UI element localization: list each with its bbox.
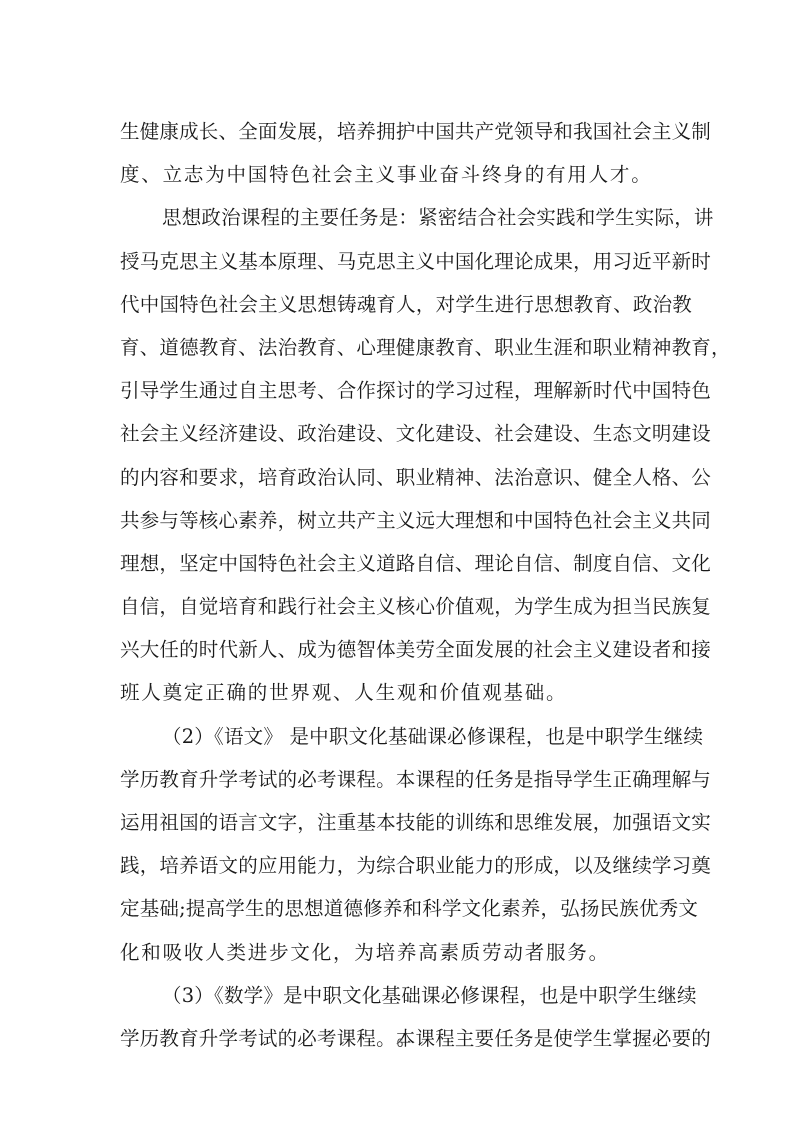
text-line: 生健康成长、全面发展，培养拥护中国共产党领导和我国社会主义制 xyxy=(120,110,692,153)
paragraph-continuation: 生健康成长、全面发展，培养拥护中国共产党领导和我国社会主义制 度、立志为中国特色… xyxy=(120,110,692,196)
paragraph-politics-tasks: 思想政治课程的主要任务是：紧密结合社会实践和学生实际，讲 授马克思主义基本原理、… xyxy=(120,196,692,714)
text-line: 引导学生通过自主思考、合作探讨的学习过程，理解新时代中国特色 xyxy=(120,369,692,412)
text-line: 思想政治课程的主要任务是：紧密结合社会实践和学生实际，讲 xyxy=(120,196,692,239)
text-line: 兴大任的时代新人、成为德智体美劳全面发展的社会主义建设者和接 xyxy=(120,628,692,671)
text-line: 授马克思主义基本原理、马克思主义中国化理论成果，用习近平新时 xyxy=(120,240,692,283)
text-line: 学历教育升学考试的必考课程。本课程的任务是指导学生正确理解与 xyxy=(120,758,692,801)
text-line: 自信，自觉培育和践行社会主义核心价值观，为学生成为担当民族复 xyxy=(120,585,692,628)
text-line: 化和吸收人类进步文化，为培养高素质劳动者服务。 xyxy=(120,931,692,974)
text-line: 班人奠定正确的世界观、人生观和价值观基础。 xyxy=(120,671,692,714)
document-page: 生健康成长、全面发展，培养拥护中国共产党领导和我国社会主义制 度、立志为中国特色… xyxy=(0,0,800,1131)
text-line: （2）《语文》 是中职文化基础课必修课程，也是中职学生继续 xyxy=(120,715,692,758)
text-line: 定基础;提高学生的思想道德修养和科学文化素养，弘扬民族优秀文 xyxy=(120,887,692,930)
text-line: 运用祖国的语言文字，注重基本技能的训练和思维发展，加强语文实 xyxy=(120,801,692,844)
text-line: 社会主义经济建设、政治建设、文化建设、社会建设、生态文明建设 xyxy=(120,412,692,455)
text-line: 代中国特色社会主义思想铸魂育人，对学生进行思想教育、政治教 xyxy=(120,283,692,326)
body-text: 生健康成长、全面发展，培养拥护中国共产党领导和我国社会主义制 度、立志为中国特色… xyxy=(120,110,692,1060)
text-line: 理想，坚定中国特色社会主义道路自信、理论自信、制度自信、文化 xyxy=(120,542,692,585)
text-line: 度、立志为中国特色社会主义事业奋斗终身的有用人才。 xyxy=(120,153,692,196)
text-line: （3）《数学》是中职文化基础课必修课程，也是中职学生继续 xyxy=(120,974,692,1017)
text-line: 的内容和要求，培育政治认同、职业精神、法治意识、健全人格、公 xyxy=(120,456,692,499)
page-number: 6 xyxy=(0,1036,800,1050)
text-line: 共参与等核心素养，树立共产主义远大理想和中国特色社会主义共同 xyxy=(120,499,692,542)
text-line: 育、道德教育、法治教育、心理健康教育、职业生涯和职业精神教育， xyxy=(120,326,692,369)
paragraph-chinese-course: （2）《语文》 是中职文化基础课必修课程，也是中职学生继续 学历教育升学考试的必… xyxy=(120,715,692,974)
text-line: 践，培养语文的应用能力，为综合职业能力的形成，以及继续学习奠 xyxy=(120,844,692,887)
